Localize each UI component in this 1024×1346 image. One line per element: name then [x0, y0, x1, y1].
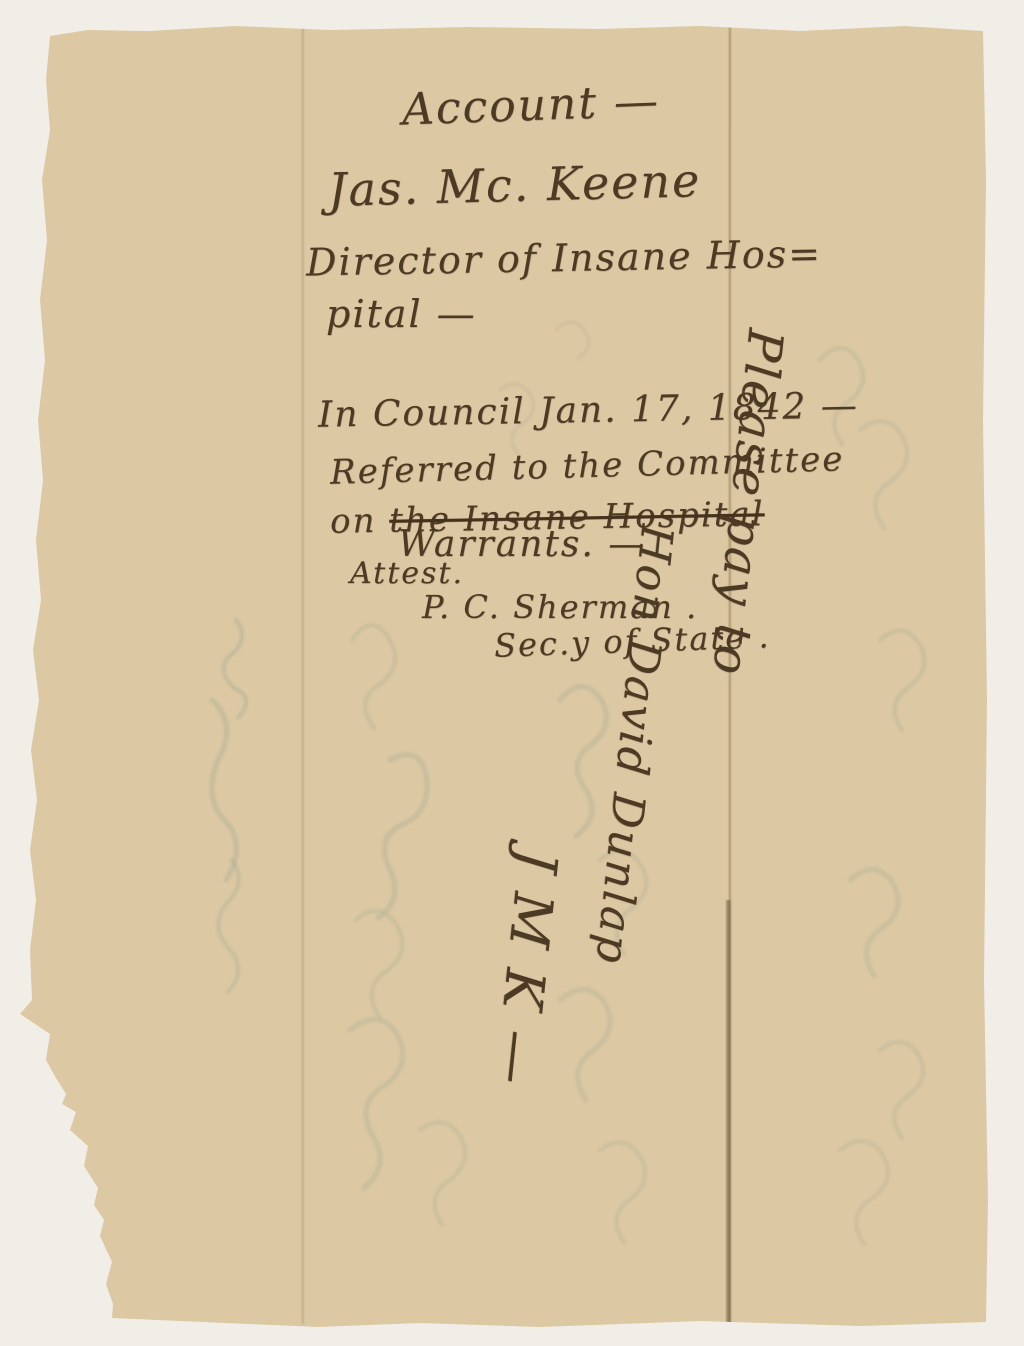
fold-crease-left: [301, 25, 305, 1324]
doc-heading: Account —: [401, 76, 661, 136]
role-line-1: Director of Insane Hos=: [306, 232, 823, 285]
attest-line: Attest.: [350, 556, 464, 591]
paper-sheet: Account — Jas. Mc. Keene Director of Ins…: [0, 0, 1024, 1346]
account-holder-name: Jas. Mc. Keene: [327, 153, 702, 217]
role-line-2: pital —: [326, 292, 477, 336]
on-word: on: [330, 501, 390, 542]
scanned-document-page: Account — Jas. Mc. Keene Director of Ins…: [0, 0, 1024, 1346]
